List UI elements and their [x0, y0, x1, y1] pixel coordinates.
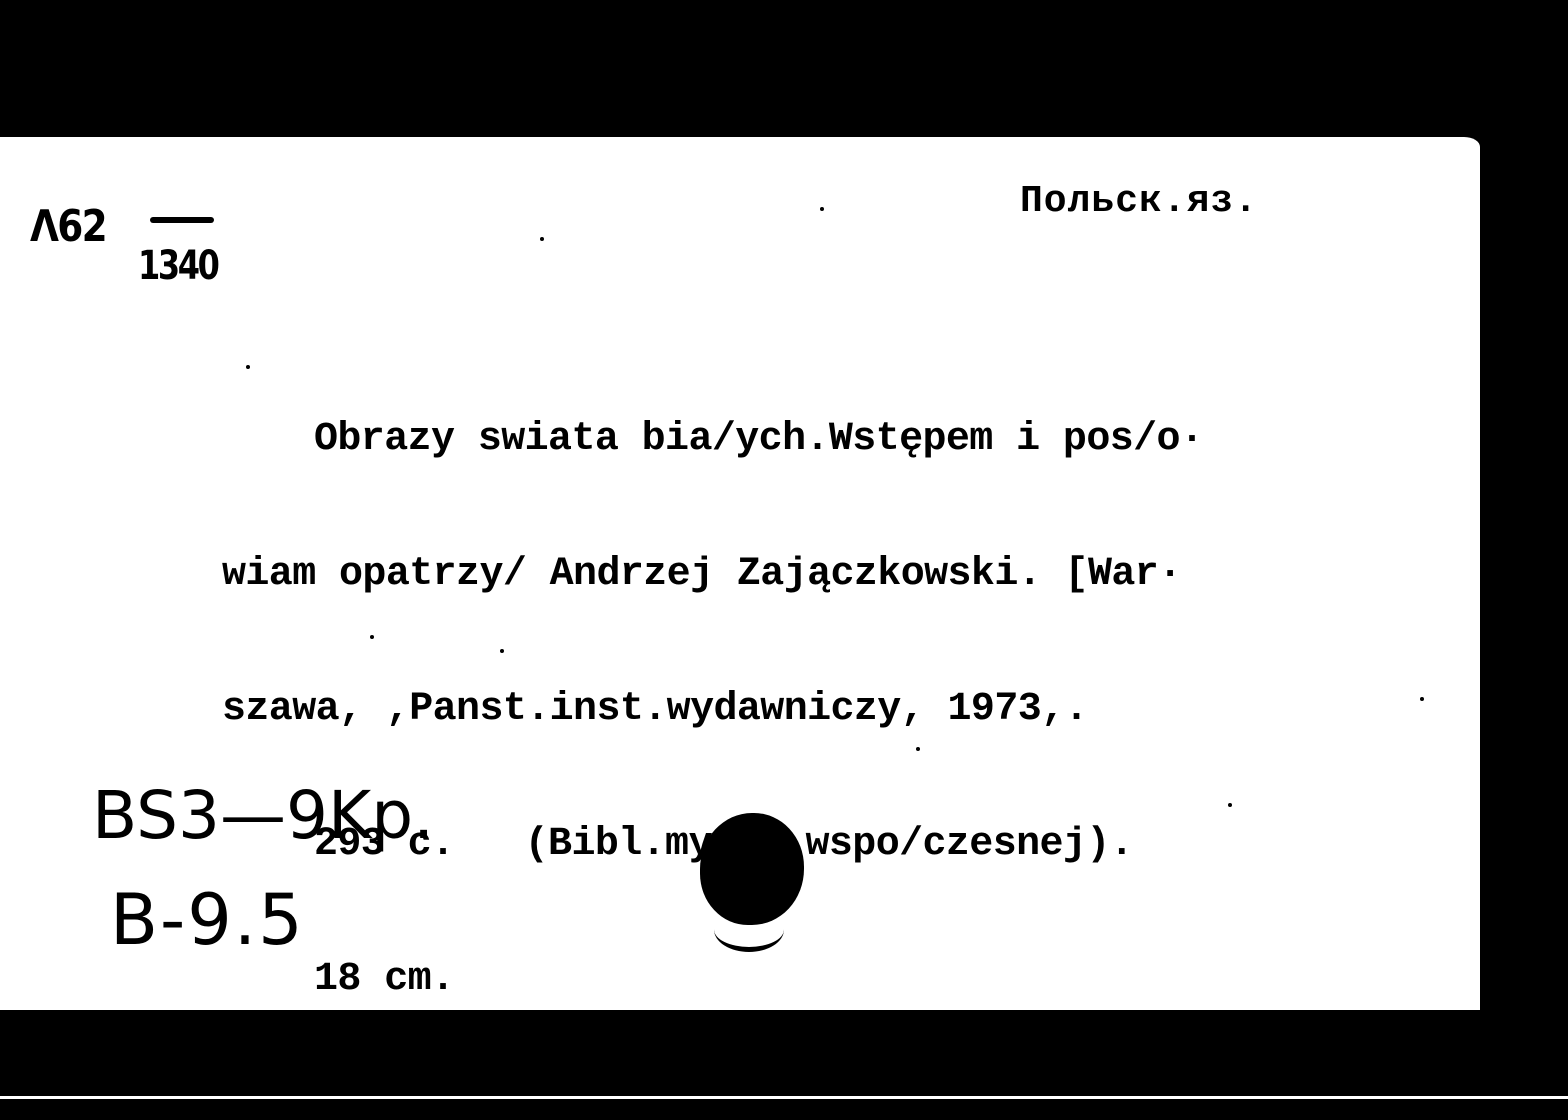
- scan-speck: [1420, 697, 1424, 701]
- scan-speck: [500, 649, 504, 653]
- catalog-card: Λ62 1340 Польск.яз. Obrazy swiata bia/yc…: [0, 137, 1480, 1010]
- call-number-bar: [150, 217, 214, 223]
- entry-line-title: Obrazy swiata bia/ych.Wstępem i pos/o·: [222, 417, 1203, 462]
- scan-speck: [540, 237, 544, 241]
- call-number: 1340: [138, 243, 217, 289]
- scan-speck: [820, 207, 824, 211]
- bibliographic-entry: Obrazy swiata bia/ych.Wstępem i pos/o· w…: [222, 327, 1203, 1092]
- entry-line-editor: wiam opatrzy/ Andrzej Zajączkowski. [War…: [222, 552, 1203, 597]
- scan-speck: [370, 635, 374, 639]
- shelf-mark-primary: BS3—9Kp.: [92, 777, 434, 854]
- punch-hole-shadow: [714, 907, 784, 952]
- scan-speck: [916, 747, 920, 751]
- entry-line-imprint: szawa, ,Panst.inst.wydawniczy, 1973,.: [222, 687, 1203, 732]
- scan-speck: [1228, 803, 1232, 807]
- scan-speck: [246, 365, 250, 369]
- language-heading: Польск.яз.: [1020, 179, 1258, 224]
- entry-line-size: 18 cm.: [222, 957, 1203, 1002]
- shelf-mark-secondary: B-9.5: [110, 879, 305, 961]
- scan-border-line: [0, 1096, 1568, 1099]
- call-number-prefix: Λ62: [30, 201, 106, 252]
